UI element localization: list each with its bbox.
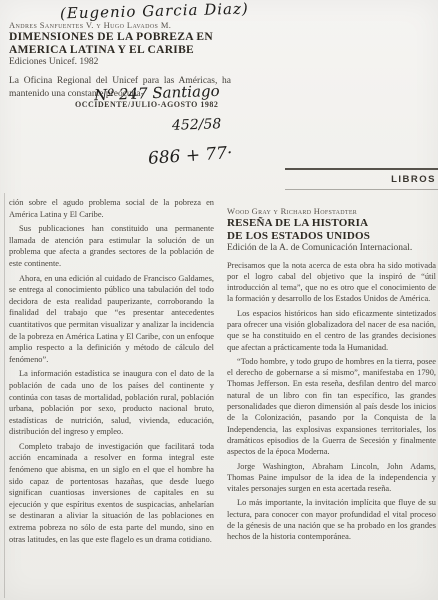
book-authors: Andres Sanfuentes V. y Hugo Lavados M.: [9, 20, 231, 30]
right-paragraph: Jorge Washington, Abraham Lincoln, John …: [227, 461, 436, 495]
left-paragraph: Sus publicaciones han constituido una pe…: [9, 223, 214, 269]
book-publisher: Ediciones Unicef. 1982: [9, 57, 231, 67]
left-article-column: ción sobre el agudo problema social de l…: [9, 197, 214, 548]
section-header-libros: LIBROS: [285, 168, 438, 190]
left-paragraph: Completo trabajo de investigación que fa…: [9, 441, 214, 545]
right-paragraph: “Todo hombre, y todo grupo de hombres en…: [227, 356, 436, 458]
review-title-line1: RESEÑA DE LA HISTORIA: [227, 217, 368, 229]
review-authors: Wood Gray y Richard Hofstadter: [227, 206, 436, 217]
left-paragraph: La información estadística se inaugura c…: [9, 368, 214, 438]
left-paragraph: ción sobre el agudo problema social de l…: [9, 197, 214, 220]
magazine-source-line: OCCIDENTE/JULIO-AGOSTO 1982: [75, 100, 218, 109]
left-column-rule: [4, 193, 5, 598]
review-title: RESEÑA DE LA HISTORIA DE LOS ESTADOS UNI…: [227, 217, 436, 242]
book-title-line1: DIMENSIONES DE LA POBREZA EN: [9, 31, 213, 43]
left-paragraph: Ahora, en una edición al cuidado de Fran…: [9, 273, 214, 366]
book-title: DIMENSIONES DE LA POBREZA EN AMERICA LAT…: [9, 31, 231, 56]
review-title-line2: DE LOS ESTADOS UNIDOS: [227, 230, 370, 242]
right-article-column: Wood Gray y Richard Hofstadter RESEÑA DE…: [227, 197, 436, 548]
right-paragraph: Precisamos que la nota acerca de esta ob…: [227, 260, 436, 305]
section-header-label: LIBROS: [285, 174, 436, 185]
handwritten-code-annotation-2: 686 + 77·: [147, 143, 233, 169]
article-columns: ción sobre el agudo problema social de l…: [9, 197, 436, 548]
right-paragraph: Los espacios históricos han sido eficazm…: [227, 308, 436, 353]
right-paragraph: Lo más importante, la invitación implíci…: [227, 497, 436, 542]
handwritten-code-annotation-1: 452/58: [172, 116, 222, 134]
book-title-line2: AMERICA LATINA Y EL CARIBE: [9, 44, 194, 56]
scanned-press-clipping: (Eugenio Garcia Diaz) Andres Sanfuentes …: [0, 0, 438, 600]
review-edition: Edición de la A. de Comunicación Interna…: [227, 243, 436, 255]
